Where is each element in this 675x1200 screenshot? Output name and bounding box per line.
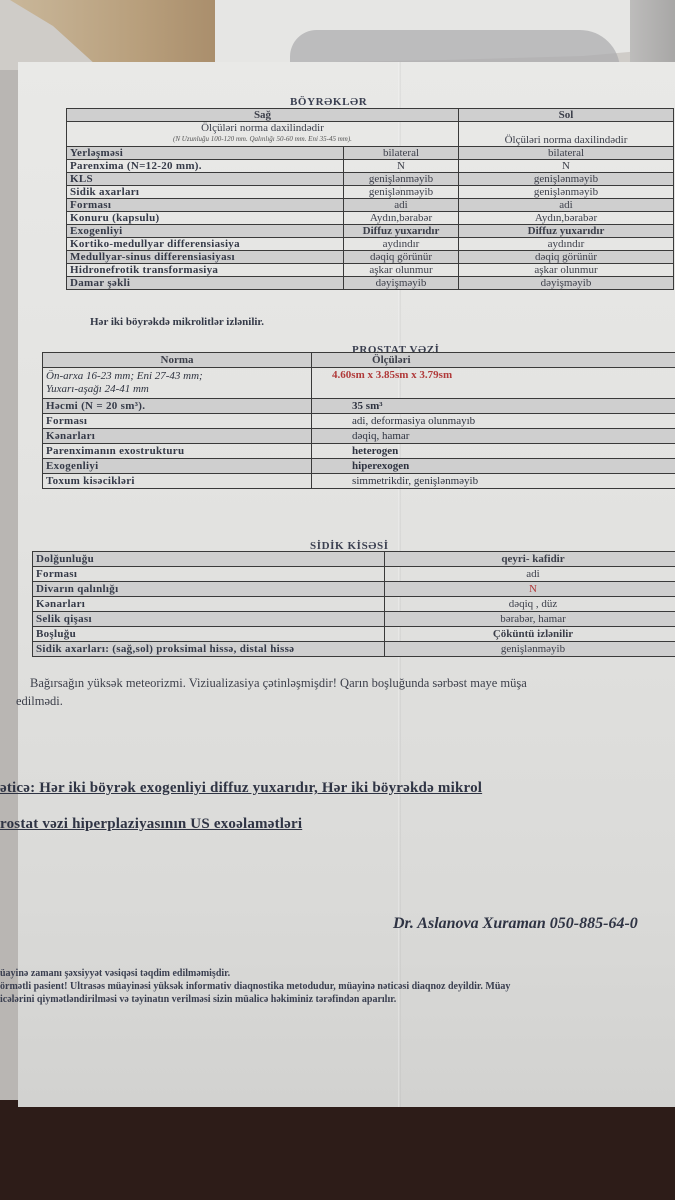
prostate-dims-norm-line1: Ön-arxa 16-23 mm; Eni 27-43 mm; (46, 370, 203, 382)
kidney-row-right-value: aşkar olunmur (344, 264, 459, 277)
kidneys-title: BÖYRƏKLƏR (290, 96, 367, 108)
bladder-row-label: Sidik axarları: (sağ,sol) proksimal hiss… (33, 642, 385, 657)
kidney-row-label: KLS (67, 173, 344, 186)
prostate-norm-header: Norma (43, 353, 312, 368)
kidney-row-left-value: aydındır (459, 238, 674, 251)
prostate-row-label: Kənarları (43, 429, 312, 444)
kidney-row-left-value: bilateral (459, 147, 674, 160)
disclaimer-line1: üayinə zamanı şəxsiyyət vəsiqəsi təqdim … (0, 967, 510, 980)
kidneys-right-header: Sağ (67, 109, 459, 122)
table-row: KLSgenişlənməyibgenişlənməyib (67, 173, 674, 186)
table-row: Həcmi (N = 20 sm³).35 sm³ (43, 399, 675, 414)
kidney-row-label: Konuru (kapsulu) (67, 212, 344, 225)
remarks-line1: Bağırsağın yüksək meteorizmi. Viziualiza… (30, 676, 527, 691)
bladder-row-value: genişlənməyib (385, 642, 675, 657)
kidney-row-label: Yerləşməsi (67, 147, 344, 160)
disclaimer: üayinə zamanı şəxsiyyət vəsiqəsi təqdim … (0, 967, 510, 1006)
table-row: Parenxima (N=12-20 mm).NN (67, 160, 674, 173)
bladder-row-label: Boşluğu (33, 627, 385, 642)
bladder-row-value: adi (385, 567, 675, 582)
table-row: Kənarlarıdəqiq , düz (33, 597, 675, 612)
kidney-row-right-value: N (344, 160, 459, 173)
kidney-row-left-value: N (459, 160, 674, 173)
kidneys-size-right-text: Ölçüləri norma daxilindədir (201, 122, 324, 134)
kidney-row-left-value: dəqiq görünür (459, 251, 674, 264)
kidneys-table: Sağ Sol Ölçüləri norma daxilindədir (N U… (66, 108, 674, 290)
table-row: Kənarlarıdəqiq, hamar (43, 429, 675, 444)
kidney-row-right-value: bilateral (344, 147, 459, 160)
table-row: Divarın qalınlığıN (33, 582, 675, 597)
table-row: Sidik axarları: (sağ,sol) proksimal hiss… (33, 642, 675, 657)
bladder-row-value: qeyri- kafidir (385, 552, 675, 567)
prostate-row-value: 35 sm³ (312, 399, 675, 414)
kidney-row-left-value: aşkar olunmur (459, 264, 674, 277)
table-row: Medullyar-sinus differensiasiyasıdəqiq g… (67, 251, 674, 264)
prostate-dims-norm-line2: Yuxarı-aşağı 24-41 mm (46, 383, 149, 395)
bladder-table: Dolğunluğuqeyri- kafidirFormasıadiDivarı… (32, 551, 675, 657)
prostate-row-value: heterogen (312, 444, 675, 459)
prostate-row-value: adi, deformasiya olunmayıb (312, 414, 675, 429)
kidney-row-left-value: genişlənməyib (459, 186, 674, 199)
kidney-row-label: Exogenliyi (67, 225, 344, 238)
table-row: Dolğunluğuqeyri- kafidir (33, 552, 675, 567)
report-sheet: BÖYRƏKLƏR Sağ Sol Ölçüləri norma daxilin… (18, 62, 675, 1107)
doctor-signature: Dr. Aslanova Xuraman 050-885-64-0 (393, 915, 638, 933)
conclusion-line1: əticə: Hər iki böyrək exogenliyi diffuz … (0, 780, 482, 797)
kidney-row-right-value: genişlənməyib (344, 186, 459, 199)
kidney-row-label: Damar şəkli (67, 277, 344, 290)
kidney-row-left-value: adi (459, 199, 674, 212)
kidney-row-label: Medullyar-sinus differensiasiyası (67, 251, 344, 264)
prostate-row-label: Exogenliyi (43, 459, 312, 474)
table-row: Yerləşməsibilateralbilateral (67, 147, 674, 160)
kidney-row-right-value: adi (344, 199, 459, 212)
disclaimer-line2: örmətli pasient! Ultrasəs müayinəsi yüks… (0, 980, 510, 993)
kidneys-microlith-note: Hər iki böyrəkdə mikrolitlər izlənilir. (90, 316, 264, 328)
kidney-row-left-value: genişlənməyib (459, 173, 674, 186)
kidneys-size-left: Ölçüləri norma daxilindədir (459, 122, 674, 147)
table-row: Exogenliyihiperexogen (43, 459, 675, 474)
remarks-line2: edilmədi. (16, 694, 63, 709)
kidney-row-left-value: Diffuz yuxarıdır (459, 225, 674, 238)
table-row: Parenximanın exostrukturuheterogen (43, 444, 675, 459)
prostate-row-value: dəqiq, hamar (312, 429, 675, 444)
table-row: Damar şəklidəyişməyibdəyişməyib (67, 277, 674, 290)
kidney-row-label: Sidik axarları (67, 186, 344, 199)
table-row: BoşluğuÇöküntü izlənilir (33, 627, 675, 642)
kidney-row-left-value: dəyişməyib (459, 277, 674, 290)
kidney-row-label: Kortiko-medullyar differensiasiya (67, 238, 344, 251)
bladder-row-label: Forması (33, 567, 385, 582)
kidney-row-right-value: dəqiq görünür (344, 251, 459, 264)
kidney-row-right-value: aydındır (344, 238, 459, 251)
table-row: Formasıadi (33, 567, 675, 582)
background-table-surface (0, 1100, 675, 1200)
table-row: Kortiko-medullyar differensiasiyaaydındı… (67, 238, 674, 251)
prostate-dims-value: 4.60sm x 3.85sm x 3.79sm (312, 368, 675, 399)
kidney-row-label: Hidronefrotik transformasiya (67, 264, 344, 277)
kidney-row-right-value: genişlənməyib (344, 173, 459, 186)
kidneys-size-right: Ölçüləri norma daxilindədir (N Uzunluğu … (67, 122, 459, 147)
bladder-row-value: bərabər, hamar (385, 612, 675, 627)
conclusion-line2: rostat vəzi hiperplaziyasının US exoəlam… (0, 816, 302, 833)
prostate-dims-norm: Ön-arxa 16-23 mm; Eni 27-43 mm; Yuxarı-a… (43, 368, 312, 399)
prostate-row-label: Həcmi (N = 20 sm³). (43, 399, 312, 414)
table-row: Formasıadi, deformasiya olunmayıb (43, 414, 675, 429)
table-row: Sidik axarlarıgenişlənməyibgenişlənməyib (67, 186, 674, 199)
kidney-row-right-value: Aydın,bərabər (344, 212, 459, 225)
prostate-row-value: hiperexogen (312, 459, 675, 474)
kidneys-size-note: (N Uzunluğu 100-120 mm. Qalınlığı 50-60 … (70, 134, 455, 145)
prostate-row-label: Toxum kisəcikləri (43, 474, 312, 489)
table-row: Konuru (kapsulu)Aydın,bərabərAydın,bərab… (67, 212, 674, 225)
bladder-row-value: Çöküntü izlənilir (385, 627, 675, 642)
table-row: Hidronefrotik transformasiyaaşkar olunmu… (67, 264, 674, 277)
kidneys-left-header: Sol (459, 109, 674, 122)
prostate-table: Norma Ölçüləri Ön-arxa 16-23 mm; Eni 27-… (42, 352, 675, 489)
bladder-row-value: dəqiq , düz (385, 597, 675, 612)
prostate-row-label: Forması (43, 414, 312, 429)
kidney-row-right-value: Diffuz yuxarıdır (344, 225, 459, 238)
disclaimer-line3: icələrini qiymətləndirilməsi və təyinatı… (0, 993, 510, 1006)
kidney-row-left-value: Aydın,bərabər (459, 212, 674, 225)
bladder-row-label: Dolğunluğu (33, 552, 385, 567)
table-row: Toxum kisəciklərisimmetrikdir, genişlənm… (43, 474, 675, 489)
table-row: Formasıadiadi (67, 199, 674, 212)
kidney-row-right-value: dəyişməyib (344, 277, 459, 290)
table-row: Selik qişasıbərabər, hamar (33, 612, 675, 627)
bladder-row-label: Selik qişası (33, 612, 385, 627)
bladder-row-label: Kənarları (33, 597, 385, 612)
kidney-row-label: Parenxima (N=12-20 mm). (67, 160, 344, 173)
prostate-row-label: Parenximanın exostrukturu (43, 444, 312, 459)
bladder-row-value: N (385, 582, 675, 597)
bladder-row-label: Divarın qalınlığı (33, 582, 385, 597)
kidney-row-label: Forması (67, 199, 344, 212)
prostate-row-value: simmetrikdir, genişlənməyib (312, 474, 675, 489)
table-row: ExogenliyiDiffuz yuxarıdırDiffuz yuxarıd… (67, 225, 674, 238)
prostate-size-header: Ölçüləri (312, 353, 675, 368)
